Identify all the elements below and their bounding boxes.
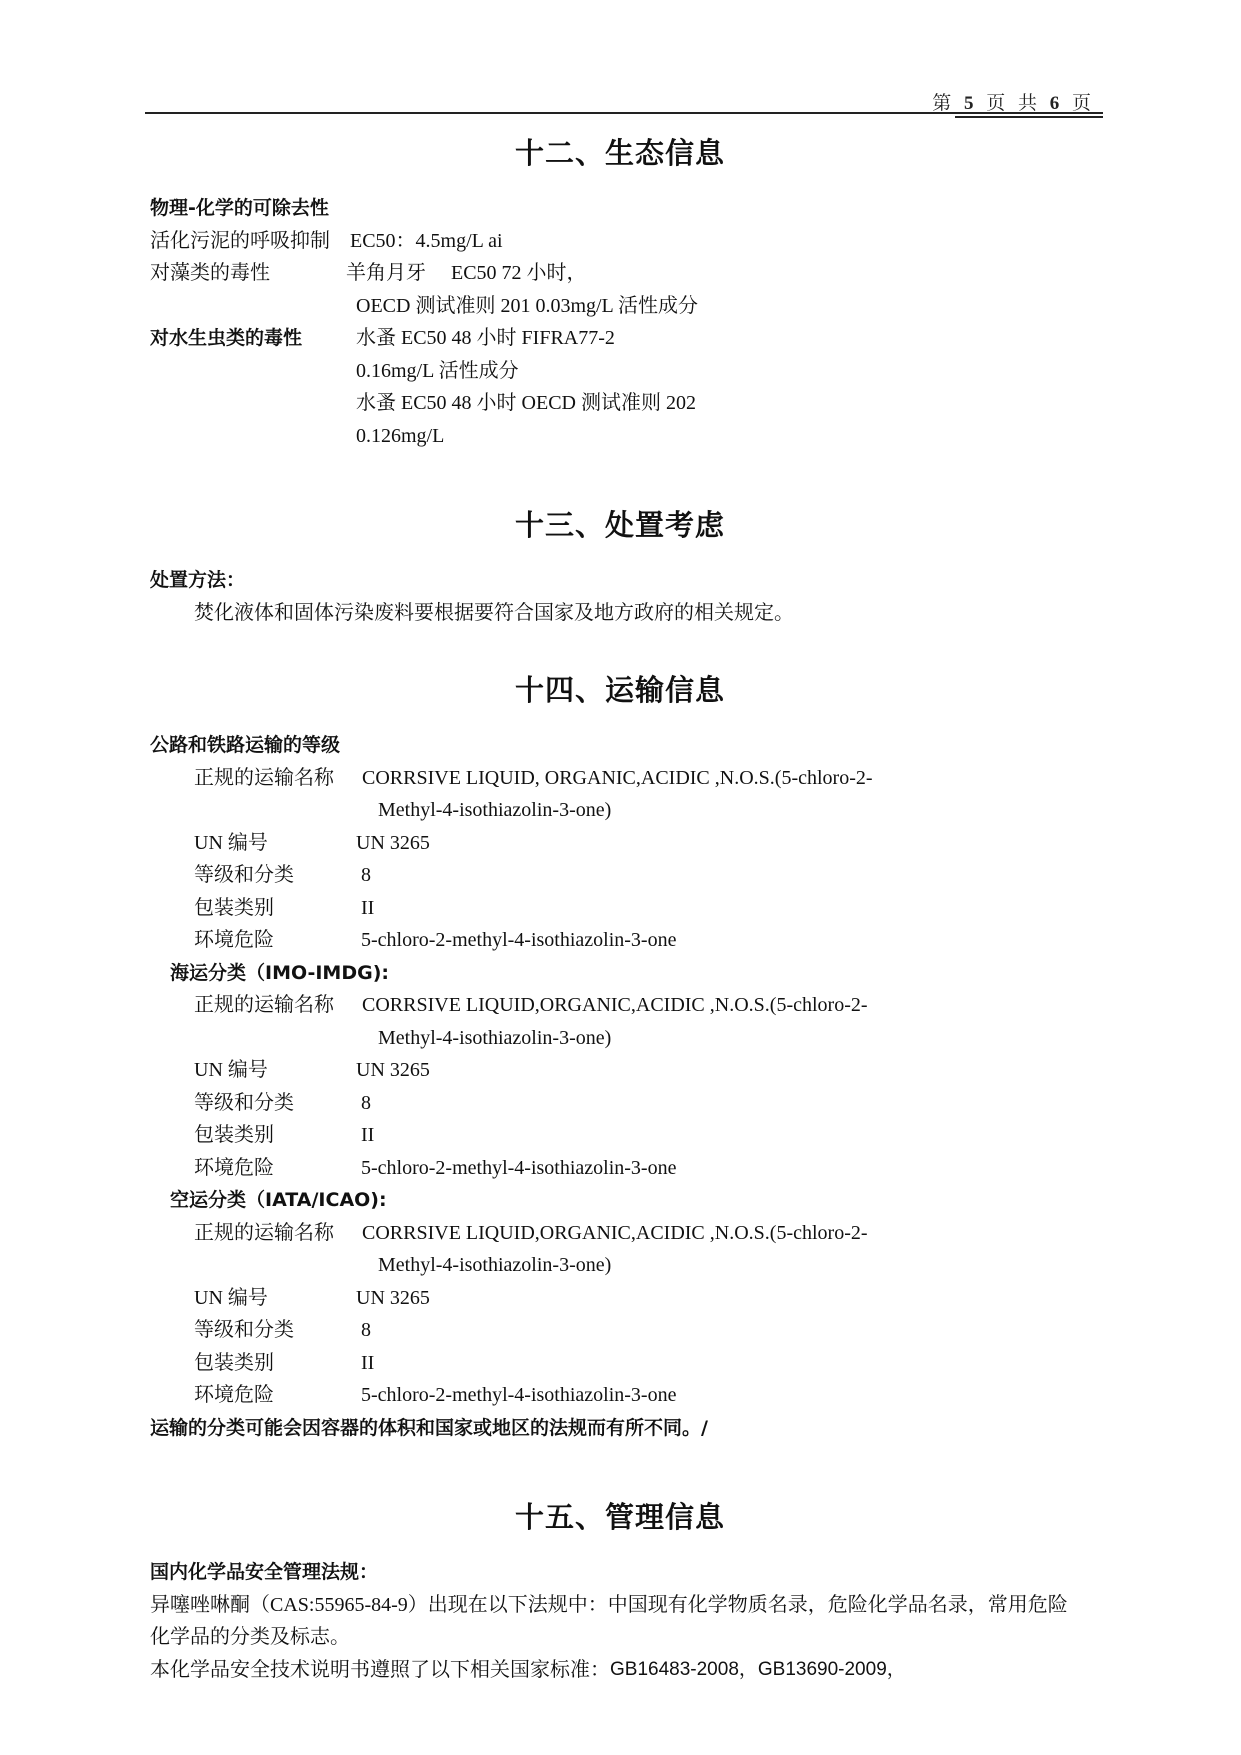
item-label: UN 编号 — [194, 1282, 350, 1315]
aquatic-line: 水蚤 EC50 48 小时 OECD 测试准则 202 — [150, 387, 1090, 420]
aquatic-label: 对水生虫类的毒性 — [150, 322, 356, 355]
transport-note: 运输的分类可能会因容器的体积和国家或地区的法规而有所不同。/ — [150, 1412, 1090, 1445]
road-packing-group: 包装类别 II — [150, 892, 1090, 925]
sea-un-number: UN 编号 UN 3265 — [150, 1054, 1090, 1087]
road-heading: 公路和铁路运输的等级 — [150, 729, 1090, 762]
air-shipping-name: 正规的运输名称 CORRSIVE LIQUID,ORGANIC,ACIDIC ,… — [150, 1217, 1090, 1250]
aquatic-line: 水蚤 EC50 48 小时 FIFRA77-2 — [356, 322, 615, 355]
algae-label: 对藻类的毒性 — [150, 257, 346, 290]
sea-shipping-name: 正规的运输名称 CORRSIVE LIQUID,ORGANIC,ACIDIC ,… — [150, 989, 1090, 1022]
road-class: 等级和分类 8 — [150, 859, 1090, 892]
section-title-disposal: 十三、处置考虑 — [150, 500, 1090, 550]
item-value: 8 — [350, 1087, 371, 1120]
item-value: II — [350, 1119, 374, 1152]
page-total: 6 — [1050, 93, 1064, 114]
page-number: 第 5 页 共 6 页 — [932, 88, 1095, 115]
road-shipping-name-cont: Methyl-4-isothiazolin-3-one) — [150, 794, 1090, 827]
sea-shipping-name-cont: Methyl-4-isothiazolin-3-one) — [150, 1022, 1090, 1055]
item-value: II — [350, 1347, 374, 1380]
page-header: 第 5 页 共 6 页 — [145, 84, 1103, 116]
item-value: UN 3265 — [350, 1054, 430, 1087]
sea-env-hazard: 环境危险 5-chloro-2-methyl-4-isothiazolin-3-… — [150, 1152, 1090, 1185]
algae-line: 羊角月牙 EC50 72 小时， — [346, 257, 587, 290]
algae-row: 对藻类的毒性 羊角月牙 EC50 72 小时， — [150, 257, 1090, 290]
item-value: CORRSIVE LIQUID, ORGANIC,ACIDIC ,N.O.S.(… — [356, 762, 873, 795]
sea-heading: 海运分类（IMO-IMDG): — [150, 957, 1090, 990]
regulatory-subheading: 国内化学品安全管理法规： — [150, 1556, 1090, 1589]
sludge-row: 活化污泥的呼吸抑制 EC50：4.5mg/L ai — [150, 225, 1090, 258]
regulatory-para-1: 异噻唑啉酮（CAS:55965-84-9）出现在以下法规中：中国现有化学物质名录… — [150, 1589, 1080, 1654]
item-value: CORRSIVE LIQUID,ORGANIC,ACIDIC ,N.O.S.(5… — [356, 989, 868, 1022]
item-label: 环境危险 — [194, 1379, 350, 1412]
header-rule — [145, 112, 1103, 114]
air-class: 等级和分类 8 — [150, 1314, 1090, 1347]
item-value: 5-chloro-2-methyl-4-isothiazolin-3-one — [350, 1379, 676, 1412]
standards-list: GB16483-2008，GB13690-2009， — [610, 1654, 906, 1687]
air-un-number: UN 编号 UN 3265 — [150, 1282, 1090, 1315]
road-un-number: UN 编号 UN 3265 — [150, 827, 1090, 860]
document-body: 十二、生态信息 物理-化学的可除去性 活化污泥的呼吸抑制 EC50：4.5mg/… — [150, 128, 1090, 1686]
air-env-hazard: 环境危险 5-chloro-2-methyl-4-isothiazolin-3-… — [150, 1379, 1090, 1412]
road-shipping-name: 正规的运输名称 CORRSIVE LIQUID, ORGANIC,ACIDIC … — [150, 762, 1090, 795]
item-label: 正规的运输名称 — [194, 762, 356, 795]
item-label: 等级和分类 — [194, 859, 350, 892]
road-env-hazard: 环境危险 5-chloro-2-methyl-4-isothiazolin-3-… — [150, 924, 1090, 957]
sludge-label: 活化污泥的呼吸抑制 — [150, 225, 350, 258]
item-value: 8 — [350, 1314, 371, 1347]
page-current: 5 — [964, 93, 978, 114]
standards-prefix: 本化学品安全技术说明书遵照了以下相关国家标准： — [150, 1654, 610, 1687]
algae-line: OECD 测试准则 201 0.03mg/L 活性成分 — [150, 290, 1090, 323]
item-label: 等级和分类 — [194, 1314, 350, 1347]
item-value: 5-chloro-2-methyl-4-isothiazolin-3-one — [350, 924, 676, 957]
item-value: UN 3265 — [350, 1282, 430, 1315]
item-label: 等级和分类 — [194, 1087, 350, 1120]
aquatic-row: 对水生虫类的毒性 水蚤 EC50 48 小时 FIFRA77-2 — [150, 322, 1090, 355]
item-label: UN 编号 — [194, 1054, 350, 1087]
item-value: II — [350, 892, 374, 925]
item-label: 正规的运输名称 — [194, 989, 356, 1022]
item-value: UN 3265 — [350, 827, 430, 860]
page-mid: 页 共 — [986, 93, 1041, 114]
item-label: UN 编号 — [194, 827, 350, 860]
header-rule-double — [955, 116, 1103, 118]
air-shipping-name-cont: Methyl-4-isothiazolin-3-one) — [150, 1249, 1090, 1282]
item-label: 包装类别 — [194, 1347, 350, 1380]
section-title-ecology: 十二、生态信息 — [150, 128, 1090, 178]
item-value: 8 — [350, 859, 371, 892]
disposal-subheading: 处置方法： — [150, 564, 1090, 597]
air-packing-group: 包装类别 II — [150, 1347, 1090, 1380]
item-label: 环境危险 — [194, 1152, 350, 1185]
page-prefix: 第 — [932, 93, 955, 114]
item-label: 正规的运输名称 — [194, 1217, 356, 1250]
item-label: 包装类别 — [194, 1119, 350, 1152]
aquatic-line: 0.16mg/L 活性成分 — [150, 355, 1090, 388]
ecology-subheading: 物理-化学的可除去性 — [150, 192, 1090, 225]
sludge-value: EC50：4.5mg/L ai — [350, 225, 503, 258]
item-label: 包装类别 — [194, 892, 350, 925]
regulatory-para-2: 本化学品安全技术说明书遵照了以下相关国家标准： GB16483-2008，GB1… — [150, 1654, 1090, 1687]
aquatic-line: 0.126mg/L — [150, 420, 1090, 453]
sea-packing-group: 包装类别 II — [150, 1119, 1090, 1152]
item-label: 环境危险 — [194, 924, 350, 957]
sea-class: 等级和分类 8 — [150, 1087, 1090, 1120]
disposal-text: 焚化液体和固体污染废料要根据要符合国家及地方政府的相关规定。 — [150, 597, 1090, 630]
air-heading: 空运分类（IATA/ICAO): — [150, 1184, 1090, 1217]
section-title-regulatory: 十五、管理信息 — [150, 1492, 1090, 1542]
item-value: 5-chloro-2-methyl-4-isothiazolin-3-one — [350, 1152, 676, 1185]
section-title-transport: 十四、运输信息 — [150, 665, 1090, 715]
page-suffix: 页 — [1072, 93, 1095, 114]
item-value: CORRSIVE LIQUID,ORGANIC,ACIDIC ,N.O.S.(5… — [356, 1217, 868, 1250]
